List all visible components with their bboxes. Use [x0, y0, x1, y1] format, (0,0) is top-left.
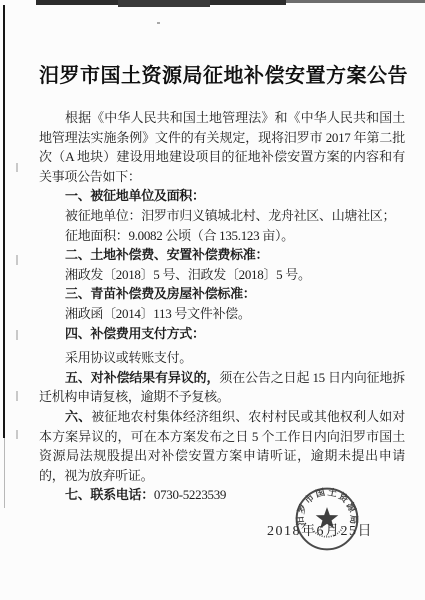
paragraph-heading-segment: 五、对补偿结果有异议的， — [65, 370, 219, 385]
paragraph-heading-segment: 七、联系电话： — [65, 487, 154, 502]
scan-mark — [157, 22, 160, 24]
paragraph: 六、被征地农村集体经济组织、农村村民或其他权利人如对本方案异议的，可在本方案发布… — [39, 407, 405, 485]
paragraph: 采用协议或转账支付。 — [39, 348, 405, 368]
paragraph: 二、土地补偿费、安置补偿费标准： — [39, 245, 405, 265]
scan-artifact-left-line — [3, 5, 5, 438]
paragraph-text-segment: 湘政发〔2018〕5 号、汨政发〔2018〕5 号。 — [65, 267, 311, 282]
paragraph-heading-segment: 四、补偿费用支付方式： — [65, 326, 205, 341]
document-title: 汨罗市国土资源局征地补偿安置方案公告 — [39, 59, 405, 88]
scan-artifact-left-line — [4, 438, 5, 508]
paragraph-text-segment: 征地面积：9.0082 公顷（合 135.123 亩）。 — [65, 228, 294, 243]
scan-mark — [16, 255, 18, 265]
paragraph: 被征地单位：汨罗市归义镇城北村、龙舟社区、山塘社区； — [39, 206, 405, 226]
paragraph-text-segment: 0730-5223539 — [154, 487, 226, 502]
official-seal: 汨罗市国土资源局 — [294, 486, 360, 552]
scan-mark — [16, 430, 18, 439]
paragraph-text-segment: 湘政函〔2014〕113 号文件补偿。 — [65, 306, 251, 321]
paragraph: 根据《中华人民共和国土地管理法》和《中华人民共和国土地管理法实施条例》文件的有关… — [39, 108, 405, 186]
paragraph: 五、对补偿结果有异议的，须在公告之日起 15 日内向征地拆迁机构申请复核，逾期不… — [39, 368, 405, 407]
document-body: 根据《中华人民共和国土地管理法》和《中华人民共和国土地管理法实施条例》文件的有关… — [39, 108, 405, 505]
scan-mark — [16, 330, 18, 340]
paragraph-heading-segment: 三、青苗补偿费及房屋补偿标准： — [65, 286, 256, 301]
paragraph: 湘政发〔2018〕5 号、汨政发〔2018〕5 号。 — [39, 265, 405, 285]
star-icon — [316, 507, 339, 529]
paragraph: 征地面积：9.0082 公顷（合 135.123 亩）。 — [39, 226, 405, 246]
seal-bottom-marks — [312, 528, 343, 537]
paragraph-text-segment: 采用协议或转账支付。 — [65, 350, 192, 365]
paragraph-text-segment: 根据《中华人民共和国土地管理法》和《中华人民共和国土地管理法实施条例》文件的有关… — [39, 110, 405, 184]
paragraph-heading-segment: 一、被征地单位及面积： — [65, 188, 205, 203]
paragraph: 三、青苗补偿费及房屋补偿标准： — [39, 284, 405, 304]
paragraph-heading-segment: 二、土地补偿费、安置补偿费标准： — [65, 247, 268, 262]
scan-artifact-top-band — [118, 0, 210, 7]
scan-mark — [16, 163, 18, 172]
paragraph-text-segment: 被征地农村集体经济组织、农村村民或其他权利人如对本方案异议的，可在本方案发布之日… — [39, 409, 405, 483]
paragraph: 一、被征地单位及面积： — [39, 186, 405, 206]
scan-artifact-top-band — [286, 0, 425, 3]
scanned-document-page: 汨罗市国土资源局征地补偿安置方案公告 根据《中华人民共和国土地管理法》和《中华人… — [0, 0, 425, 600]
paragraph-heading-segment: 六、 — [65, 409, 91, 424]
scan-mark — [16, 391, 18, 401]
paragraph: 四、补偿费用支付方式： — [39, 324, 405, 344]
paragraph-text-segment: 被征地单位：汨罗市归义镇城北村、龙舟社区、山塘社区； — [65, 208, 395, 223]
paragraph: 湘政函〔2014〕113 号文件补偿。 — [39, 304, 405, 324]
